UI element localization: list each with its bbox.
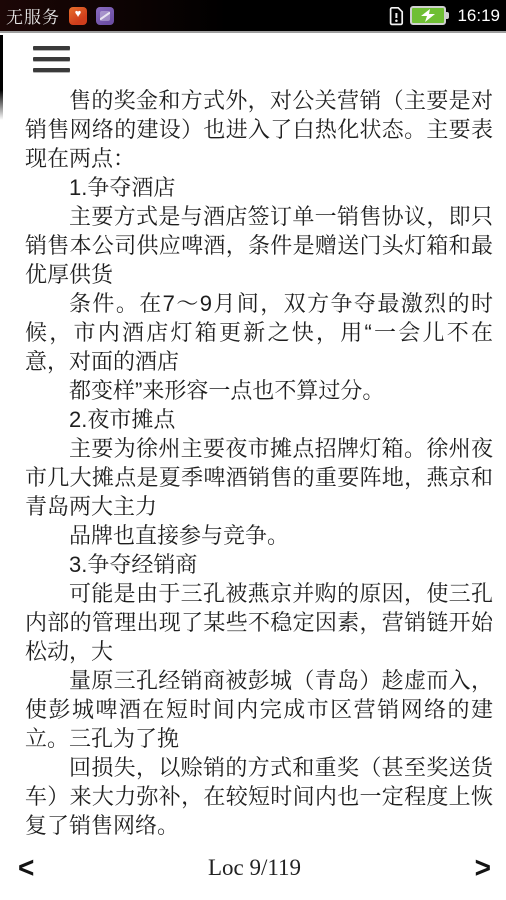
menu-button[interactable] xyxy=(33,46,70,72)
purple-app-glyph xyxy=(100,11,110,21)
paragraph: 1.争夺酒店 xyxy=(25,173,493,202)
paragraph: 都变样”来形容一点也不算过分。 xyxy=(25,376,493,405)
heart-icon: ♥ xyxy=(75,9,82,20)
location-indicator: Loc 9/119 xyxy=(34,855,474,881)
paragraph: 3.争夺经销商 xyxy=(25,550,493,579)
status-bar: 无服务 ♥ xyxy=(0,0,506,33)
paragraph: 主要方式是与酒店签订单一销售协议，即只销售本公司供应啤酒，条件是赠送门头灯箱和最… xyxy=(25,202,493,289)
paragraph: 主要为徐州主要夜市摊点招牌灯箱。徐州夜市几大摊点是夏季啤酒销售的重要阵地，燕京和… xyxy=(25,434,493,521)
reader-page[interactable]: 售的奖金和方式外，对公关营销（主要是对销售网络的建设）也进入了白热化状态。主要表… xyxy=(0,86,506,840)
sim-warning-icon xyxy=(388,6,404,26)
ebook-reader-screen: 无服务 ♥ xyxy=(0,0,506,900)
status-bar-right: 16:19 xyxy=(388,6,500,26)
paragraph: 售的奖金和方式外，对公关营销（主要是对销售网络的建设）也进入了白热化状态。主要表… xyxy=(25,86,493,173)
paragraph: 品牌也直接参与竞争。 xyxy=(25,521,493,550)
prev-page-button[interactable]: < xyxy=(18,853,34,882)
clock-time: 16:19 xyxy=(457,6,500,26)
paragraph: 2.夜市摊点 xyxy=(25,405,493,434)
paragraph: 条件。在7～9月间，双方争夺最激烈的时候，市内酒店灯箱更新之快，用“一会儿不在意… xyxy=(25,289,493,376)
footer-nav: < Loc 9/119 > xyxy=(0,842,506,900)
hamburger-icon xyxy=(33,46,70,50)
next-page-button[interactable]: > xyxy=(475,853,491,882)
paragraph: 可能是由于三孔被燕京并购的原因，使三孔内部的管理出现了某些不稳定因素，营销链开始… xyxy=(25,579,493,666)
status-bar-left: 无服务 ♥ xyxy=(6,3,114,28)
notification-app-icon-orange: ♥ xyxy=(69,7,87,25)
battery-charging-icon xyxy=(410,6,449,25)
notification-app-icon-purple xyxy=(96,7,114,25)
carrier-label: 无服务 xyxy=(6,3,60,28)
paragraph: 量原三孔经销商被彭城（青岛）趁虚而入，使彭城啤酒在短时间内完成市区营销网络的建立… xyxy=(25,666,493,753)
paragraph: 回损失，以赊销的方式和重奖（甚至奖送货车）来大力弥补，在较短时间内也一定程度上恢… xyxy=(25,753,493,840)
